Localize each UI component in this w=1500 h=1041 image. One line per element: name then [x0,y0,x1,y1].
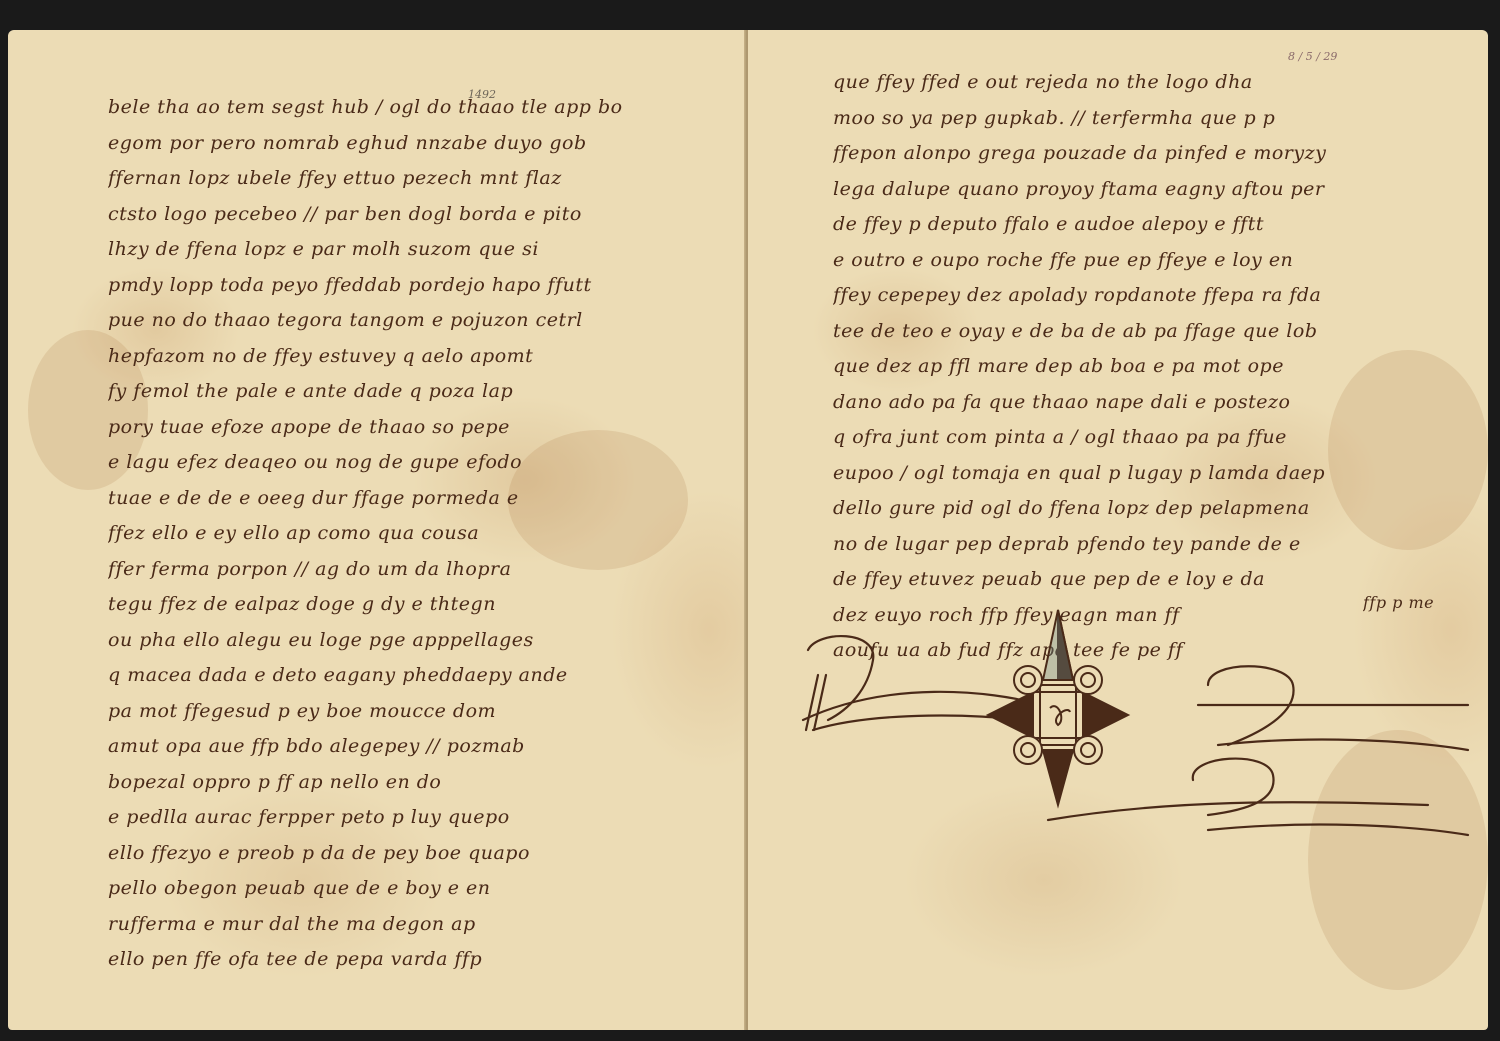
text-line: q macea dada e deto eagany pheddaepy and… [108,658,718,694]
text-line: hepfazom no de ffey estuvey q aelo apomt [108,339,718,375]
text-line: ffernan lopz ubele ffey ettuo pezech mnt… [108,161,718,197]
text-line: q ofra junt com pinta a / ogl thaao pa p… [833,420,1443,456]
text-line: lhzy de ffena lopz e par molh suzom que … [108,232,718,268]
text-line: e pedlla aurac ferpper peto p luy quepo [108,800,718,836]
text-line: lega dalupe quano proyoy ftama eagny aft… [833,172,1443,208]
text-line: egom por pero nomrab eghud nnzabe duyo g… [108,126,718,162]
text-line: pa mot ffegesud p ey boe moucce dom [108,694,718,730]
left-manuscript-page: 1492 bele tha ao tem segst hub / ogl do … [8,30,746,1030]
text-line: pmdy lopp toda peyo ffeddab pordejo hapo… [108,268,718,304]
text-line: tuae e de de e oeeg dur ffage pormeda e [108,481,718,517]
text-line: ffey cepepey dez apolady ropdanote ffepa… [833,278,1443,314]
right-page-text: que ffey ffed e out rejeda no the logo d… [833,65,1443,669]
notarial-signature [788,600,1478,840]
text-line: e lagu efez deaqeo ou nog de gupe efodo [108,445,718,481]
text-line: ou pha ello alegu eu loge pge apppellage… [108,623,718,659]
text-line: e outro e oupo roche ffe pue ep ffeye e … [833,243,1443,279]
text-line: que ffey ffed e out rejeda no the logo d… [833,65,1443,101]
text-line: pue no do thaao tegora tangom e pojuzon … [108,303,718,339]
text-line: rufferma e mur dal the ma degon ap [108,907,718,943]
text-line: bopezal oppro p ff ap nello en do [108,765,718,801]
text-line: eupoo / ogl tomaja en qual p lugay p lam… [833,456,1443,492]
text-line: ffez ello e ey ello ap como qua cousa [108,516,718,552]
text-line: pello obegon peuab que de e boy e en [108,871,718,907]
text-line: no de lugar pep deprab pfendo tey pande … [833,527,1443,563]
text-line: bele tha ao tem segst hub / ogl do thaao… [108,90,718,126]
text-line: ctsto logo pecebeo // par ben dogl borda… [108,197,718,233]
notarial-signum-icon [788,600,1478,840]
text-line: tee de teo e oyay e de ba de ab pa ffage… [833,314,1443,350]
text-line: ffepon alonpo grega pouzade da pinfed e … [833,136,1443,172]
left-page-text: bele tha ao tem segst hub / ogl do thaao… [108,90,718,978]
text-line: amut opa aue ffp bdo alegepey // pozmab [108,729,718,765]
text-line: pory tuae efoze apope de thaao so pepe [108,410,718,446]
text-line: dello gure pid ogl do ffena lopz dep pel… [833,491,1443,527]
text-line: moo so ya pep gupkab. // terfermha que p… [833,101,1443,137]
text-line: ffer ferma porpon // ag do um da lhopra [108,552,718,588]
text-line: de ffey p deputo ffalo e audoe alepoy e … [833,207,1443,243]
text-line: dano ado pa fa que thaao nape dali e pos… [833,385,1443,421]
text-line: ello pen ffe ofa tee de pepa varda ffp [108,942,718,978]
right-manuscript-page: 8 / 5 / 29 que ffey ffed e out rejeda no… [748,30,1488,1030]
text-line: tegu ffez de ealpaz doge g dy e thtegn [108,587,718,623]
text-line: que dez ap ffl mare dep ab boa e pa mot … [833,349,1443,385]
archive-note: 8 / 5 / 29 [1288,50,1337,63]
text-line: fy femol the pale e ante dade q poza lap [108,374,718,410]
text-line: de ffey etuvez peuab que pep de e loy e … [833,562,1443,598]
text-line: ello ffezyo e preob p da de pey boe quap… [108,836,718,872]
